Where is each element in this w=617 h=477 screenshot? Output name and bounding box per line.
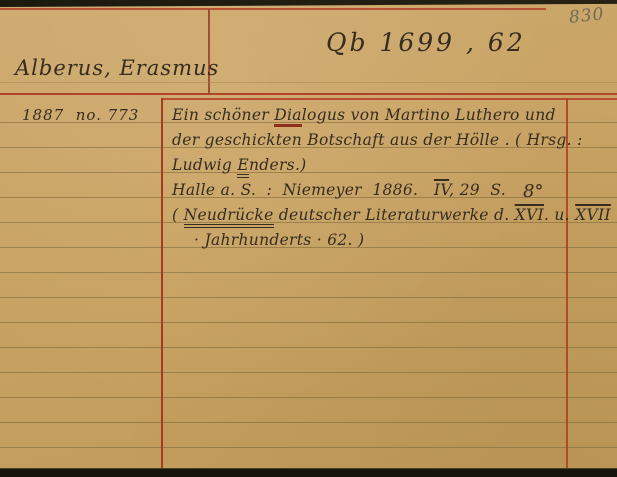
entry-line: Ludwig Enders.): [172, 153, 572, 178]
entry-line: · Jahrhunderts · 62. ): [172, 228, 572, 253]
page-marker: 830: [568, 4, 605, 28]
left-column-divider: [161, 98, 163, 470]
header-divider-rule: [208, 9, 210, 93]
entry-line: der geschickten Botschaft aus der Hölle …: [172, 128, 572, 153]
catalog-card: 830 Qb 1699 , 62 Alberus, Erasmus 1887 n…: [0, 0, 617, 477]
format-size-mark: 8°: [523, 181, 543, 202]
entry-line: Halle a. S. : Niemeyer 1886. IV, 29 S.: [172, 178, 572, 203]
top-rule-line: [0, 8, 546, 10]
call-number: Qb 1699 , 62: [326, 28, 526, 57]
accession-number: 1887 no. 773: [22, 106, 139, 124]
header-ruled-line: [0, 82, 617, 83]
header-bottom-rule: [0, 93, 617, 95]
entry-lines: Ein schöner Dialogus von Martino Luthero…: [172, 103, 572, 253]
entry-line: Ein schöner Dialogus von Martino Luthero…: [172, 103, 572, 128]
scan-edge-top: [0, 0, 617, 7]
scan-edge-bottom: [0, 468, 617, 477]
author-name: Alberus, Erasmus: [15, 56, 219, 80]
entry-line: ( Neudrücke deutscher Literaturwerke d. …: [172, 203, 572, 228]
